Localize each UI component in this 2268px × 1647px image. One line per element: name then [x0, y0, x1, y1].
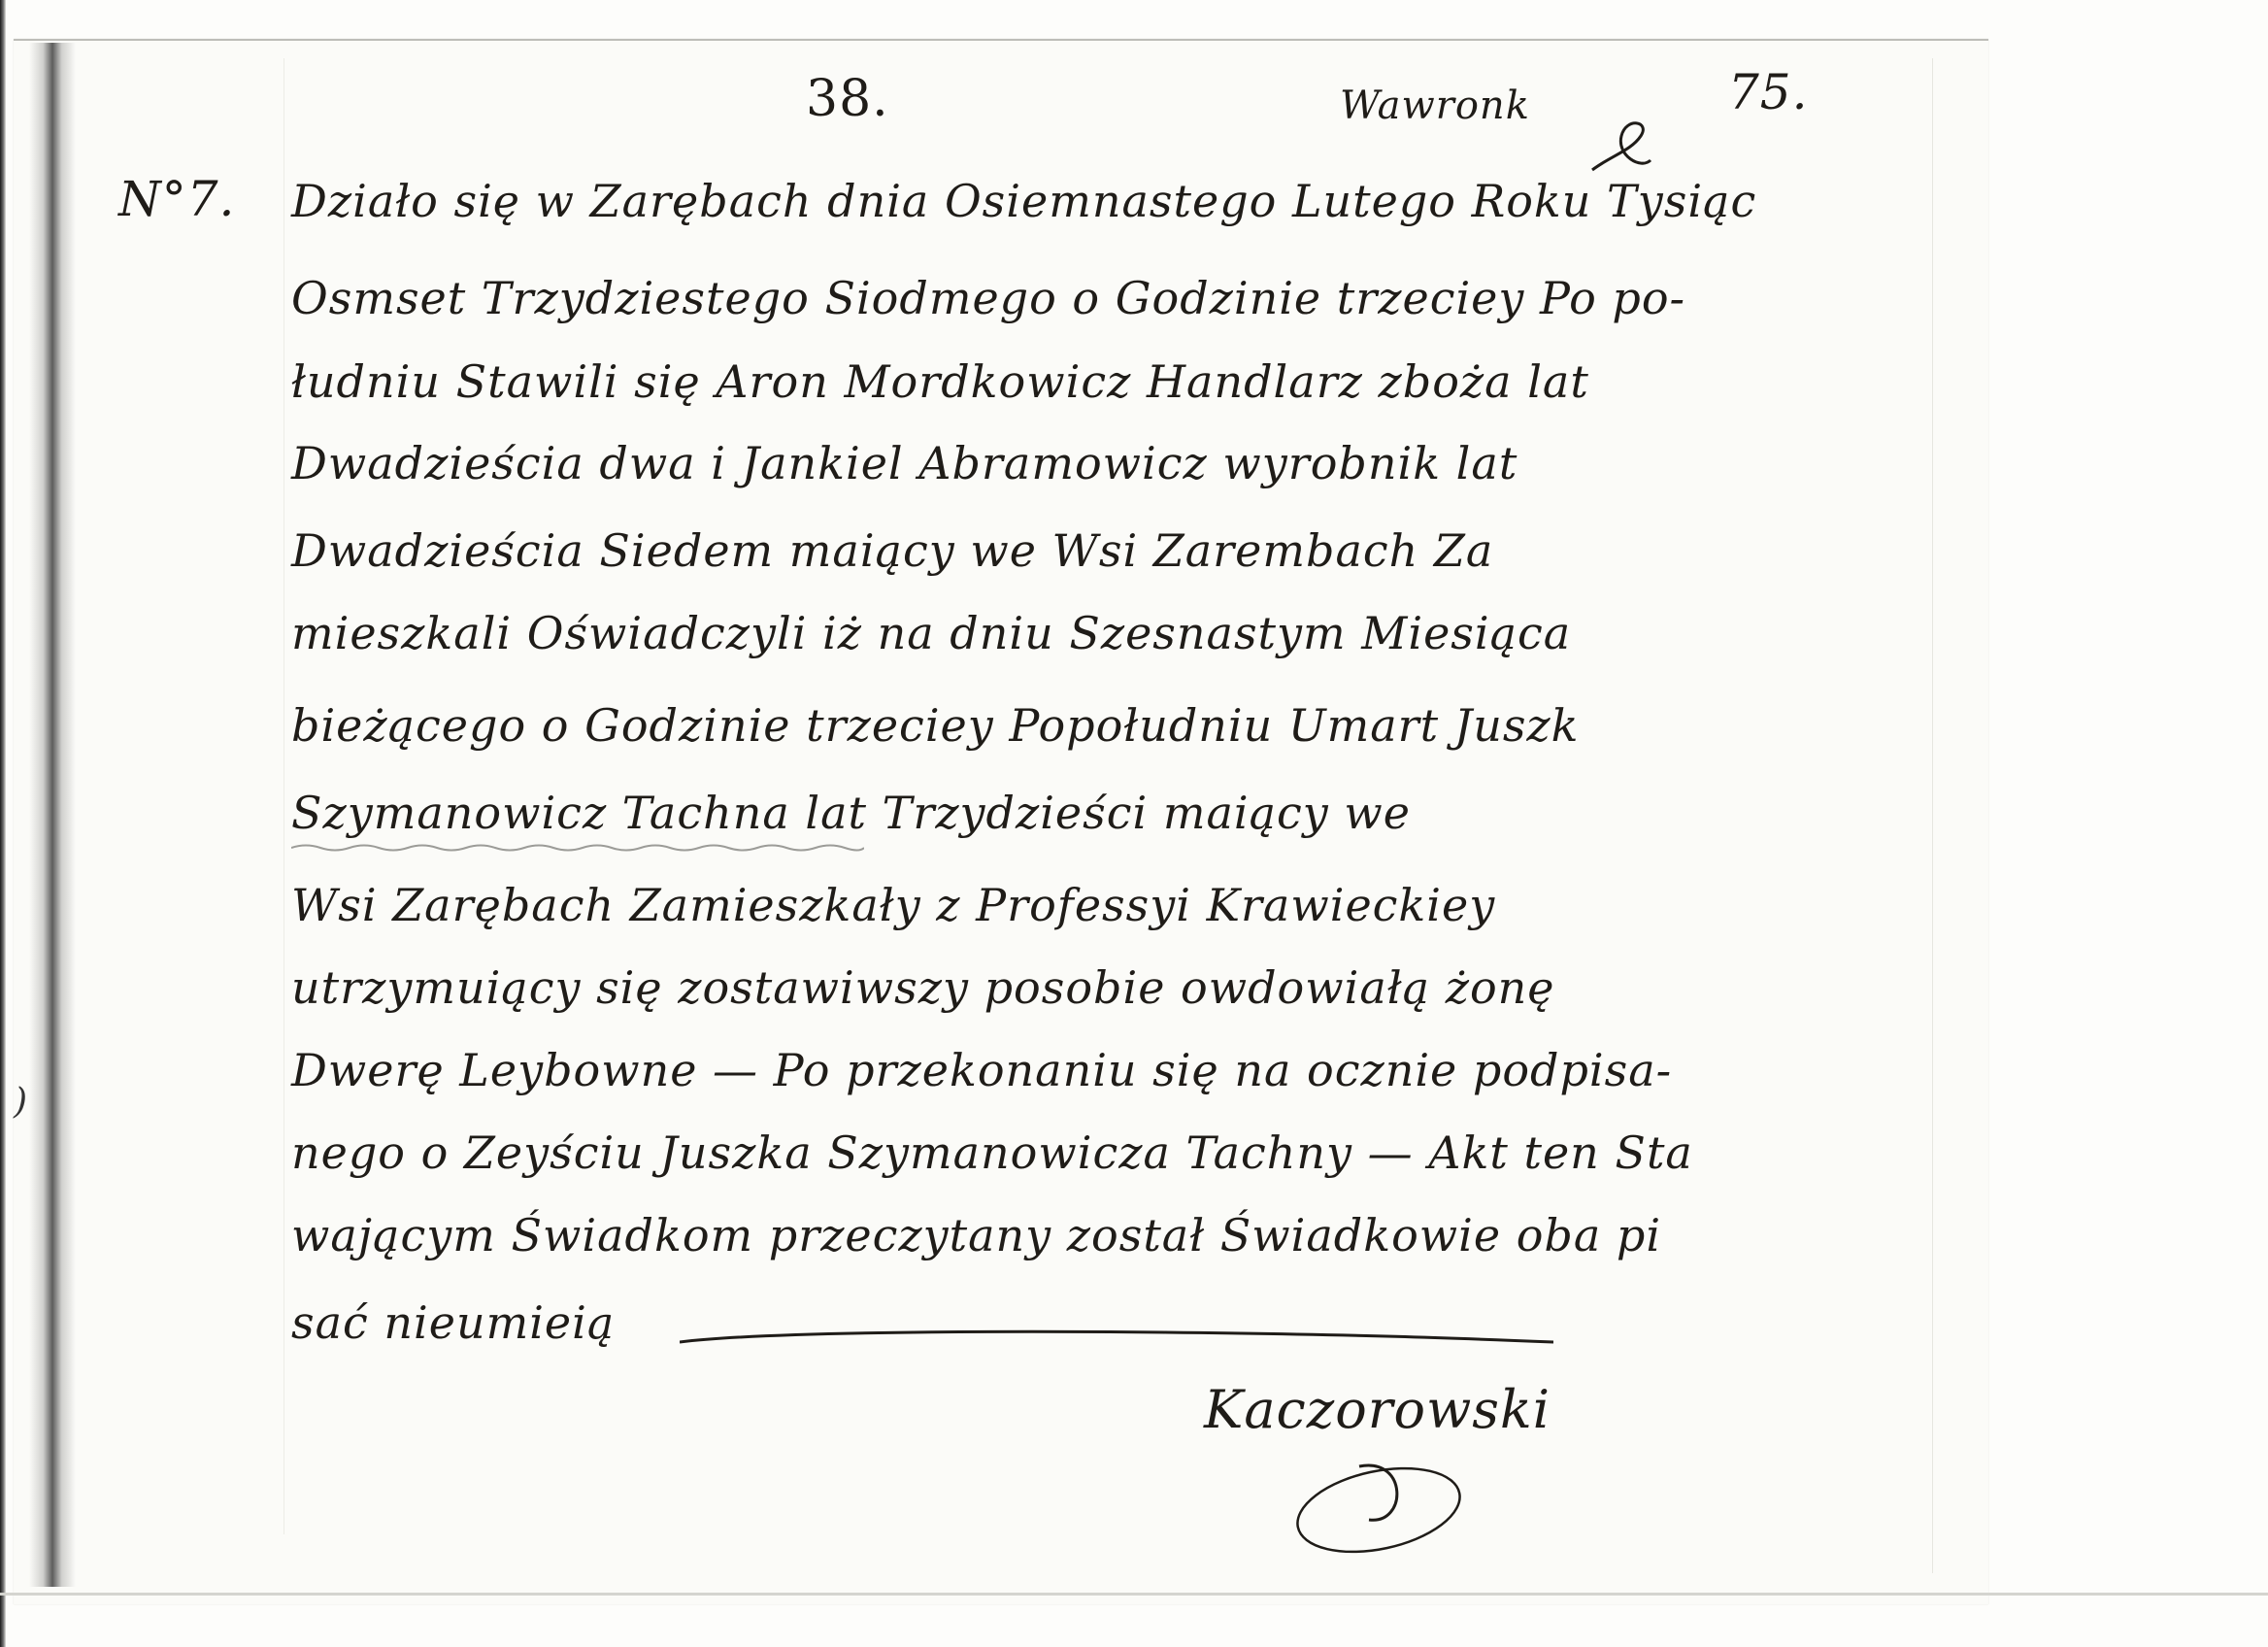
- record-line-1: Działo się w Zarębach dnia Osiemnastego …: [291, 175, 1756, 227]
- record-line-7: bieżącego o Godzinie trzeciey Popołudniu…: [291, 699, 1580, 752]
- record-line-13: wającym Świadkom przeczytany został Świa…: [291, 1209, 1661, 1261]
- entry-number: N°7.: [118, 171, 235, 227]
- closing-rule-line: [680, 1328, 1553, 1348]
- record-line-6: mieszkali Oświadczyli iż na dniu Szesnas…: [291, 607, 1571, 659]
- right-margin-rule: [1932, 58, 1933, 1573]
- page-number: 38.: [806, 70, 889, 128]
- record-line-12: nego o Zeyściu Juszka Szymanowicza Tachn…: [291, 1126, 1693, 1179]
- binding-shadow: [29, 43, 76, 1587]
- record-line-14: sać nieumieią: [291, 1296, 615, 1349]
- signature-flourish-icon: [1291, 1437, 1466, 1554]
- record-line-3: łudniu Stawili się Aron Mordkowicz Handl…: [291, 355, 1589, 408]
- folio-number: 75.: [1728, 64, 1809, 120]
- scanner-edge: [0, 0, 6, 1647]
- signature-flourish-icon: [1583, 117, 1660, 175]
- left-margin-rule: [283, 58, 284, 1534]
- header-signature: Wawronk: [1340, 84, 1530, 128]
- record-line-10: utrzymuiący się zostawiwszy posobie owdo…: [291, 961, 1555, 1014]
- record-line-11: Dwerę Leybowne — Po przekonaniu się na o…: [291, 1044, 1672, 1096]
- record-line-9: Wsi Zarębach Zamieszkały z Professyi Kra…: [291, 879, 1495, 931]
- record-line-2: Osmset Trzydziestego Siodmego o Godzinie…: [291, 272, 1685, 324]
- official-signature: Kaczorowski: [1204, 1379, 1551, 1440]
- page-bottom-edge: [0, 1593, 2268, 1596]
- record-line-5: Dwadzieścia Siedem maiący we Wsi Zaremba…: [291, 524, 1493, 577]
- margin-mark: ): [14, 1082, 28, 1122]
- wavy-underline: [291, 843, 864, 853]
- record-line-4: Dwadzieścia dwa i Jankiel Abramowicz wyr…: [291, 437, 1518, 489]
- record-line-8: Szymanowicz Tachna lat Trzydzieści maiąc…: [291, 787, 1411, 839]
